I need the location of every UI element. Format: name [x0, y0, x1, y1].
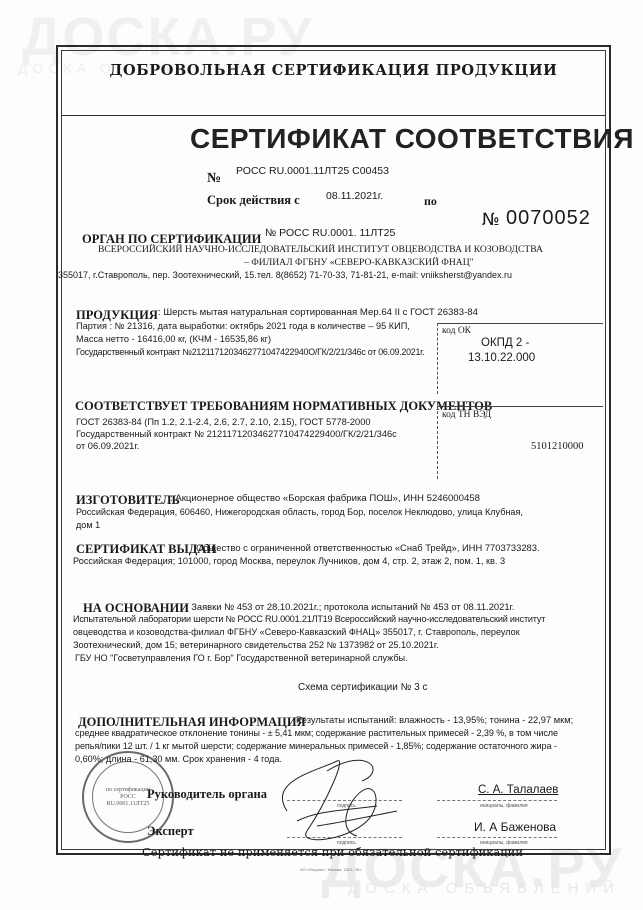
- header-title: ДОБРОВОЛЬНАЯ СЕРТИФИКАЦИЯ ПРОДУКЦИИ: [62, 62, 605, 79]
- product-line1: : Шерсть мытая натуральная сортированная…: [158, 307, 478, 318]
- code-tnved-label: код ТН ВЭД: [442, 410, 491, 420]
- basis-line4: Зоотехнический, дом 15; ветеринарного св…: [73, 640, 439, 650]
- cert-body-address: 355017, г.Ставрополь, пер. Зоотехнически…: [58, 270, 512, 280]
- manufacturer-label: ИЗГОТОВИТЕЛЬ: [76, 493, 180, 508]
- certification-scheme: Схема сертификации № 3 с: [298, 682, 427, 693]
- manufacturer-line3: дом 1: [76, 520, 100, 530]
- code-ok-value-line2: 13.10.22.000: [468, 352, 535, 364]
- expert-label: Эксперт: [147, 824, 194, 839]
- issued-to-line1: Общество с ограниченной ответственностью…: [196, 542, 540, 553]
- code-ok-value-line1: ОКПД 2 -: [481, 337, 529, 349]
- product-line4: Государственный контракт №21211712034627…: [76, 347, 424, 357]
- basis-line3: овцеводства и козоводства-филиал ФГБНУ «…: [73, 627, 520, 637]
- head-name-caption: инициалы, фамилия: [480, 803, 528, 809]
- additional-line2: среднее квадратическое отклонение тонины…: [75, 728, 558, 738]
- additional-line3: репья/пики 12 шт. / 1 кг мытой шерсти; с…: [75, 741, 557, 751]
- head-name: С. А. Талалаев: [478, 784, 558, 796]
- print-mark: АО «Опцион», Москва, 2021, «Б»: [300, 867, 362, 872]
- valid-from-date: 08.11.2021г.: [326, 190, 383, 202]
- compliance-label: СООТВЕТСТВУЕТ ТРЕБОВАНИЯМ НОРМАТИВНЫХ ДО…: [75, 399, 492, 414]
- basis-line1: : Заявки № 453 от 28.10.2021г.; протокол…: [186, 601, 514, 612]
- certificate-number: РОСС RU.0001.11ЛТ25 С00453: [236, 165, 389, 177]
- code-tnved-box: код ТН ВЭД 5101210000: [437, 406, 603, 479]
- handwritten-signature: [267, 751, 407, 851]
- certificate-inner-frame: ДОБРОВОЛЬНАЯ СЕРТИФИКАЦИЯ ПРОДУКЦИИ СЕРТ…: [61, 50, 606, 850]
- product-line3: Масса нетто - 16416,00 кг, (КЧМ - 16535,…: [76, 334, 271, 344]
- additional-line1: Результаты испытаний: влажность - 13,95%…: [296, 715, 573, 725]
- valid-to-label: по: [424, 194, 437, 209]
- certificate-title: СЕРТИФИКАТ СООТВЕТСТВИЯ: [190, 123, 634, 155]
- validity-label: Срок действия с: [207, 193, 300, 208]
- certificate-frame: ДОБРОВОЛЬНАЯ СЕРТИФИКАЦИЯ ПРОДУКЦИИ СЕРТ…: [56, 45, 611, 855]
- cert-body-name-line1: ВСЕРОССИЙСКИЙ НАУЧНО-ИССЛЕДОВАТЕЛЬСКИЙ И…: [98, 244, 543, 255]
- blank-number-label: №: [482, 210, 500, 230]
- code-tnved-value: 5101210000: [531, 441, 584, 452]
- footer-note: Сертификат не применяется при обязательн…: [142, 845, 523, 859]
- expert-name: И. А Баженова: [474, 820, 556, 834]
- issued-to-line2: Российская Федерация; 101000, город Моск…: [73, 556, 505, 566]
- cert-body-name-line2: – ФИЛИАЛ ФГБНУ «СЕВЕРО-КАВКАЗСКИЙ ФНАЦ": [244, 257, 474, 268]
- manufacturer-line1: : Акционерное общество «Борская фабрика …: [170, 493, 480, 504]
- product-line2: Партия : № 21316, дата выработки: октябр…: [76, 321, 410, 331]
- compliance-line3: от 06.09.2021г.: [76, 441, 139, 451]
- watermark-subtitle-bottom: ДОСКА ОБЪЯВЛЕНИЙ: [348, 880, 621, 897]
- head-name-line: [437, 800, 557, 801]
- head-of-body-label: Руководитель органа: [147, 787, 267, 802]
- code-ok-label: код ОК: [442, 326, 471, 336]
- blank-number: 0070052: [506, 207, 591, 230]
- manufacturer-line2: Российская Федерация, 606460, Нижегородс…: [76, 507, 523, 517]
- basis-line2: Испытательной лаборатории шерсти № РОСС …: [73, 614, 545, 624]
- header-band: ДОБРОВОЛЬНАЯ СЕРТИФИКАЦИЯ ПРОДУКЦИИ: [62, 51, 605, 116]
- basis-line5: ГБУ НО "Госветуправления ГО г. Бор" Госу…: [75, 653, 408, 663]
- compliance-line1: ГОСТ 26383-84 (Пп 1.2, 2.1-2.4, 2.6, 2.7…: [76, 417, 371, 427]
- code-ok-box: код ОК ОКПД 2 - 13.10.22.000: [437, 323, 603, 394]
- cert-body-reg-number: № РОСС RU.0001. 11ЛТ25: [265, 227, 395, 239]
- number-label: №: [207, 171, 221, 187]
- expert-name-line: [437, 837, 557, 838]
- compliance-line2: Государственный контракт № 2121171203462…: [76, 429, 397, 439]
